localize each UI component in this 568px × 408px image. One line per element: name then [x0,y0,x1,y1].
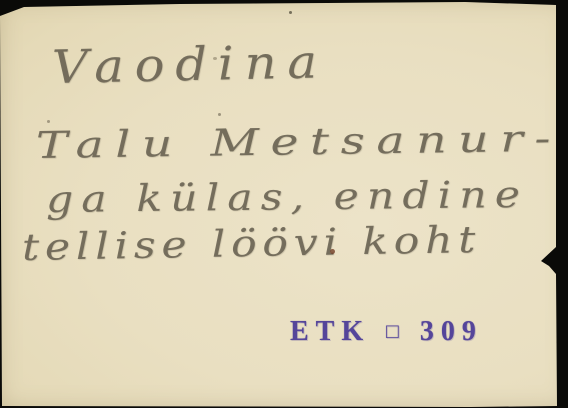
paper-speck [47,120,50,123]
stamp-number: 309 [420,316,483,347]
handwritten-line-1: Vaodina [51,34,328,94]
paper-speck [289,11,292,14]
photo-background: Vaodina Talu Metsanur- ga külas, endine … [0,0,568,408]
paper-speck [213,57,217,60]
handwritten-line-4: tellise löövi koht [22,218,482,269]
square-icon: □ [386,319,399,343]
paper-speck [218,113,221,116]
handwritten-line-2: Talu Metsanur- [36,117,562,167]
ink-spot [330,249,335,254]
handwritten-line-3: ga külas, endine [46,173,528,221]
etk-stamp: ETK □ 309 [290,316,483,348]
stamp-prefix: ETK [290,316,370,347]
index-card: Vaodina Talu Metsanur- ga külas, endine … [0,0,568,408]
